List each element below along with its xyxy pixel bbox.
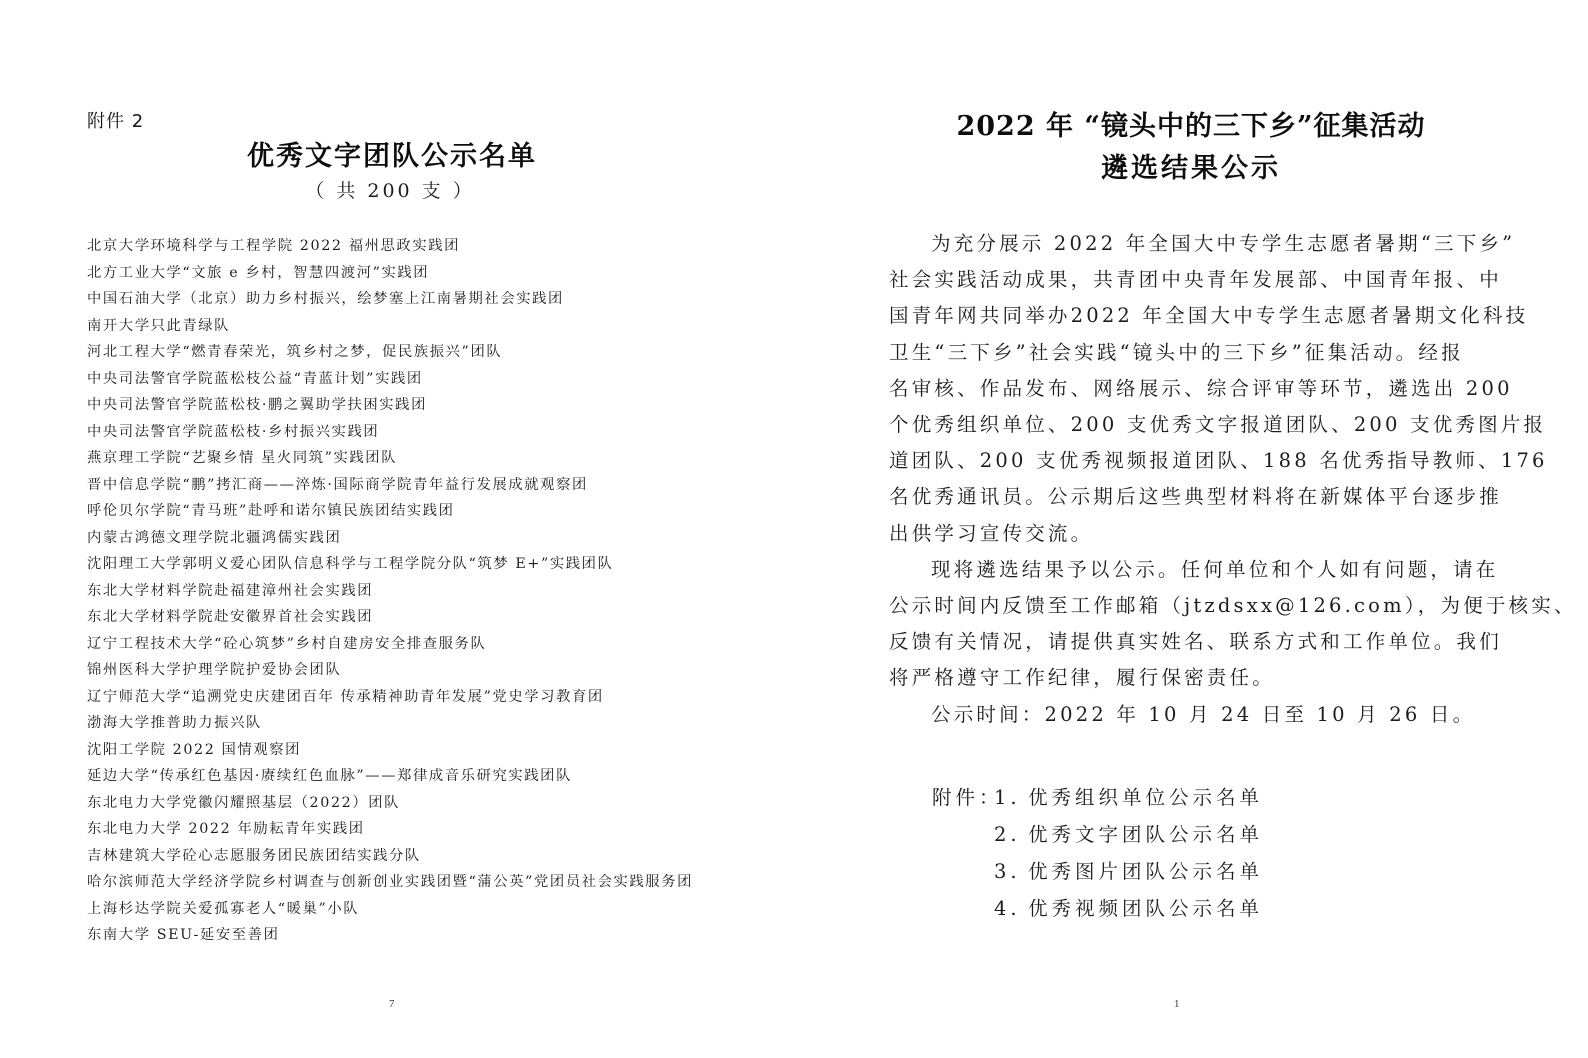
text-line: 出供学习宣传交流。 xyxy=(889,516,1462,552)
text-line: 反馈有关情况，请提供真实姓名、联系方式和工作单位。我们 xyxy=(889,624,1462,660)
list-item: 东北电力大学党徽闪耀照基层（2022）团队 xyxy=(87,790,693,817)
paragraph-feedback: 现将遴选结果予以公示。任何单位和个人如有问题，请在 公示时间内反馈至工作邮箱（j… xyxy=(889,552,1462,697)
list-item: 沈阳理工大学郭明义爱心团队信息科学与工程学院分队“筑梦 E+”实践团队 xyxy=(87,551,693,578)
list-subtitle: （ 共 200 支 ） xyxy=(0,176,780,203)
list-item: 辽宁工程技术大学“砼心筑梦”乡村自建房安全排查服务队 xyxy=(87,631,693,658)
list-item: 吉林建筑大学砼心志愿服务团民族团结实践分队 xyxy=(87,843,693,870)
list-item: 东北电力大学 2022 年励耘青年实践团 xyxy=(87,816,693,843)
list-item: 晋中信息学院“鹏”拷汇商——淬炼·国际商学院青年益行发展成就观察团 xyxy=(87,472,693,499)
text-line: 名审核、作品发布、网络展示、综合评审等环节，遴选出 200 xyxy=(889,371,1462,407)
text-line: 卫生“三下乡”社会实践“镜头中的三下乡”征集活动。经报 xyxy=(889,335,1462,371)
attachment-label: 附件 2 xyxy=(87,107,144,133)
attachment-title: 优秀视频团队公示名单 xyxy=(1028,890,1263,927)
page-number: 7 xyxy=(389,998,395,1010)
list-item: 东北大学材料学院赴安徽界首社会实践团 xyxy=(87,604,693,631)
list-title: 优秀文字团队公示名单 xyxy=(0,134,782,173)
list-item: 南开大学只此青绿队 xyxy=(87,313,693,340)
attachment-number: 3. xyxy=(994,853,1028,890)
list-item: 中央司法警官学院蓝松枝公益“青蓝计划”实践团 xyxy=(87,366,693,393)
attachment-number: 1. xyxy=(994,779,1028,816)
attachment-item: 3. 优秀图片团队公示名单 xyxy=(932,853,1263,890)
list-item: 沈阳工学院 2022 国情观察团 xyxy=(87,737,693,764)
text-line: 现将遴选结果予以公示。任何单位和个人如有问题，请在 xyxy=(889,552,1462,588)
list-item: 北京大学环境科学与工程学院 2022 福州思政实践团 xyxy=(87,233,693,260)
attachment-number: 2. xyxy=(994,816,1028,853)
left-page: 附件 2 优秀文字团队公示名单 （ 共 200 支 ） 北京大学环境科学与工程学… xyxy=(0,0,780,1058)
list-item: 北方工业大学“文旅 e 乡村，智慧四渡河”实践团 xyxy=(87,260,693,287)
list-item: 中央司法警官学院蓝松枝·鹏之翼助学扶困实践团 xyxy=(87,392,693,419)
list-item: 呼伦贝尔学院“青马班”赴呼和诺尔镇民族团结实践团 xyxy=(87,498,693,525)
list-item: 燕京理工学院“艺聚乡情 星火同筑”实践团队 xyxy=(87,445,693,472)
text-line: 道团队、200 支优秀视频报道团队、188 名优秀指导教师、176 xyxy=(889,443,1462,479)
text-line: 名优秀通讯员。公示期后这些典型材料将在新媒体平台逐步推 xyxy=(889,479,1462,515)
list-item: 中央司法警官学院蓝松枝·乡村振兴实践团 xyxy=(87,419,693,446)
notice-subtitle: 遴选结果公示 xyxy=(794,146,1588,185)
attachment-item: 2. 优秀文字团队公示名单 xyxy=(932,816,1263,853)
attachments-list: 附件： 1. 优秀组织单位公示名单 2. 优秀文字团队公示名单 3. 优秀图片团… xyxy=(932,779,1263,927)
text-line: 将严格遵守工作纪律，履行保密责任。 xyxy=(889,660,1462,696)
list-item: 河北工程大学“燃青春荣光，筑乡村之梦，促民族振兴”团队 xyxy=(87,339,693,366)
notice-period: 公示时间：2022 年 10 月 24 日至 10 月 26 日。 xyxy=(889,697,1462,733)
text-line: 国青年网共同举办2022 年全国大中专学生志愿者暑期文化科技 xyxy=(889,298,1462,334)
team-list: 北京大学环境科学与工程学院 2022 福州思政实践团 北方工业大学“文旅 e 乡… xyxy=(87,233,693,949)
text-line: 为充分展示 2022 年全国大中专学生志愿者暑期“三下乡” xyxy=(889,226,1462,262)
list-item: 延边大学“传承红色基因·赓续红色血脉”——郑律成音乐研究实践团队 xyxy=(87,763,693,790)
attachments-label: 附件： xyxy=(932,779,994,816)
text-line: 社会实践活动成果，共青团中央青年发展部、中国青年报、中 xyxy=(889,262,1462,298)
list-item: 渤海大学推普助力振兴队 xyxy=(87,710,693,737)
list-item: 锦州医科大学护理学院护爱协会团队 xyxy=(87,657,693,684)
right-page: 2022 年 “镜头中的三下乡”征集活动 遴选结果公示 为充分展示 2022 年… xyxy=(794,0,1588,1058)
paragraph-intro: 为充分展示 2022 年全国大中专学生志愿者暑期“三下乡” 社会实践活动成果，共… xyxy=(889,226,1462,552)
list-item: 中国石油大学（北京）助力乡村振兴，绘梦塞上江南暑期社会实践团 xyxy=(87,286,693,313)
list-item: 哈尔滨师范大学经济学院乡村调查与创新创业实践团暨“蒲公英”党团员社会实践服务团 xyxy=(87,869,693,896)
list-item: 内蒙古鸿德文理学院北疆鸿儒实践团 xyxy=(87,525,693,552)
list-item: 东北大学材料学院赴福建漳州社会实践团 xyxy=(87,578,693,605)
list-item: 东南大学 SEU-延安至善团 xyxy=(87,922,693,949)
text-line-with-email: 公示时间内反馈至工作邮箱（jtzdsxx@126.com），为便于核实、 xyxy=(889,588,1462,624)
list-item: 上海杉达学院关爱孤寡老人“暖巢”小队 xyxy=(87,896,693,923)
attachment-title: 优秀组织单位公示名单 xyxy=(1028,779,1263,816)
attachment-title: 优秀文字团队公示名单 xyxy=(1028,816,1263,853)
notice-body: 为充分展示 2022 年全国大中专学生志愿者暑期“三下乡” 社会实践活动成果，共… xyxy=(889,226,1462,733)
attachment-number: 4. xyxy=(994,890,1028,927)
page-number: 1 xyxy=(1174,998,1180,1010)
list-item: 辽宁师范大学“追溯党史庆建团百年 传承精神助青年发展”党史学习教育团 xyxy=(87,684,693,711)
attachment-item: 4. 优秀视频团队公示名单 xyxy=(932,890,1263,927)
text-line: 个优秀组织单位、200 支优秀文字报道团队、200 支优秀图片报 xyxy=(889,407,1462,443)
attachment-item: 附件： 1. 优秀组织单位公示名单 xyxy=(932,779,1263,816)
notice-title: 2022 年 “镜头中的三下乡”征集活动 xyxy=(794,104,1588,143)
attachment-title: 优秀图片团队公示名单 xyxy=(1028,853,1263,890)
